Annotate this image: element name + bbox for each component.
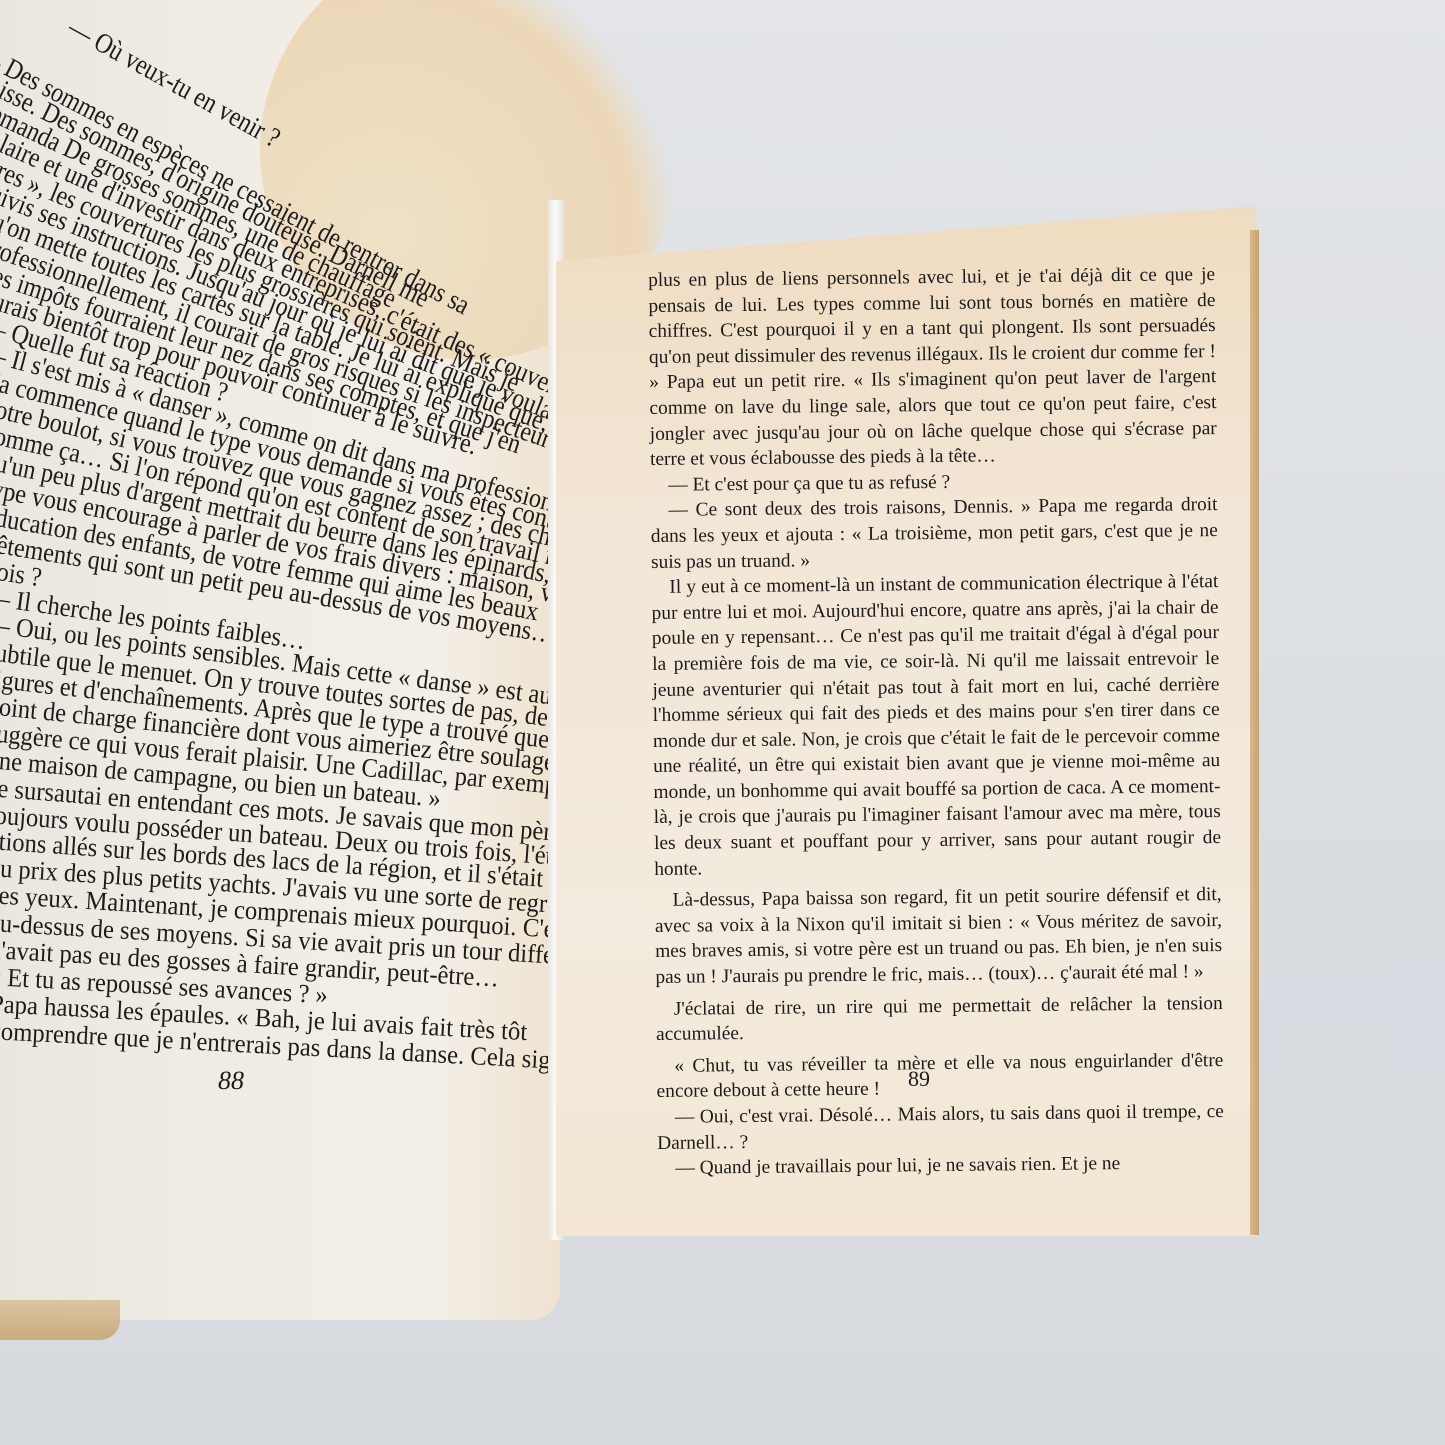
right-page-edge [1250, 230, 1259, 1235]
paragraph: Là-dessus, Papa baissa son regard, fit u… [654, 882, 1222, 990]
right-page-text: plus en plus de liens personnels avec lu… [648, 262, 1225, 1182]
left-page-number: 88 [218, 1066, 244, 1096]
paragraph: — Oui, c'est vrai. Désolé… Mais alors, t… [657, 1099, 1225, 1156]
left-page-edge [0, 1300, 120, 1340]
paragraph: J'éclatai de rire, un rire qui me permet… [656, 991, 1224, 1048]
right-page-number: 89 [908, 1066, 930, 1092]
paragraph: plus en plus de liens personnels avec lu… [648, 262, 1217, 473]
paragraph: « Chut, tu vas réveiller ta mère et elle… [656, 1048, 1224, 1105]
paragraph: Il y eut à ce moment-là un instant de co… [651, 569, 1221, 882]
paragraph: — Ce sont deux des trois raisons, Dennis… [650, 492, 1218, 575]
